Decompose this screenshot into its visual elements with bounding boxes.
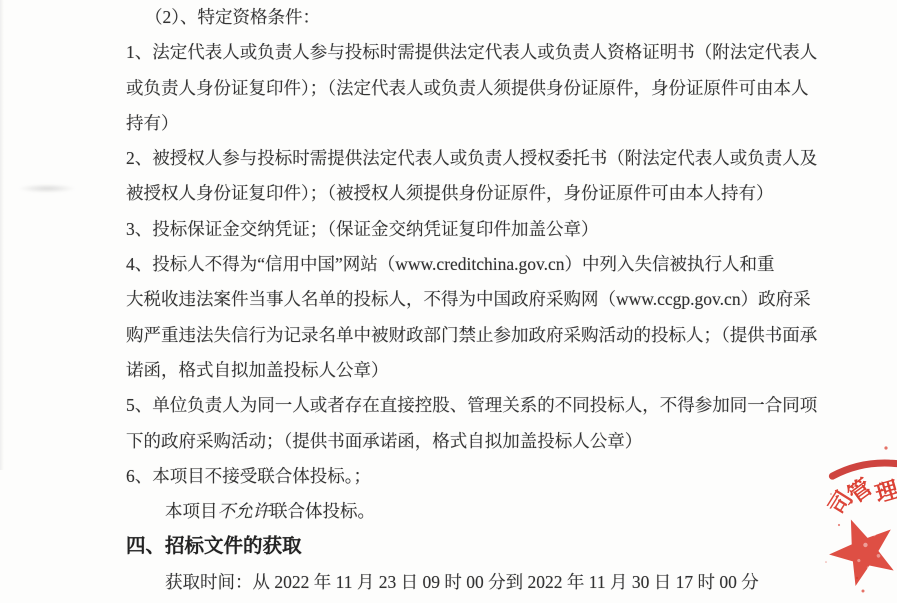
text-line-3: 或负责人身份证复印件）；（法定代表人或负责人须提供身份证原件，身份证原件可由本人	[126, 71, 826, 106]
document-text: （2）、特定资格条件：1、法定代表人或负责人参与投标时需提供法定代表人或负责人资…	[126, 0, 826, 600]
scan-edge-shadow	[0, 0, 4, 470]
text-line-2: 1、法定代表人或负责人参与投标时需提供法定代表人或负责人资格证明书（附法定代表人	[126, 35, 826, 70]
seal-star-icon	[820, 507, 897, 591]
text-line-16: 四、招标文件的获取	[126, 529, 826, 564]
italic-filled-text: 不允许	[218, 501, 271, 521]
text-line-6: 被授权人身份证复印件）；（被授权人须提供身份证原件，身份证原件可由本人持有）	[126, 176, 826, 211]
text-line-1: （2）、特定资格条件：	[126, 0, 826, 35]
text-line-7: 3、投标保证金交纳凭证；（保证金交纳凭证复印件加盖公章）	[126, 212, 826, 247]
red-seal-stamp: 司 管 理	[760, 430, 897, 603]
ink-speckle	[856, 577, 858, 579]
text-line-17: 获取时间：从 2022 年 11 月 23 日 09 时 00 分到 2022 …	[126, 565, 826, 600]
text-line-14: 6、本项目不接受联合体投标。；	[126, 459, 826, 494]
text-line-11: 诺函，格式自拟加盖投标人公章）	[126, 353, 826, 388]
ink-speckle	[838, 524, 840, 526]
scanned-document-page: （2）、特定资格条件：1、法定代表人或负责人参与投标时需提供法定代表人或负责人资…	[0, 0, 897, 603]
text-line-9: 大税收违法案件当事人名单的投标人，不得为中国政府采购网（www.ccgp.gov…	[126, 282, 826, 317]
text-line-8: 4、投标人不得为“信用中国”网站（www.creditchina.gov.cn）…	[126, 247, 826, 282]
text-segment: 联合体投标。	[270, 501, 375, 521]
text-line-5: 2、被授权人参与投标时需提供法定代表人或负责人授权委托书（附法定代表人或负责人及	[126, 141, 826, 176]
ink-speckle	[884, 446, 887, 449]
text-line-13: 下的政府采购活动；（提供书面承诺函，格式自拟加盖投标人公章）	[126, 424, 826, 459]
ink-speckle	[825, 561, 827, 563]
text-segment: 本项目	[165, 501, 218, 521]
ink-speckle	[830, 493, 832, 495]
scan-smudge	[18, 184, 76, 193]
text-line-12: 5、单位负责人为同一人或者存在直接控股、管理关系的不同投标人，不得参加同一合同项	[126, 388, 826, 423]
text-line-10: 购严重违法失信行为记录名单中被财政部门禁止参加政府采购活动的投标人；（提供书面承	[126, 318, 826, 353]
text-line-15: 本项目不允许联合体投标。	[126, 494, 826, 529]
seal-character: 理	[873, 477, 897, 508]
ink-speckle	[862, 590, 865, 593]
text-line-4: 持有）	[126, 106, 826, 141]
